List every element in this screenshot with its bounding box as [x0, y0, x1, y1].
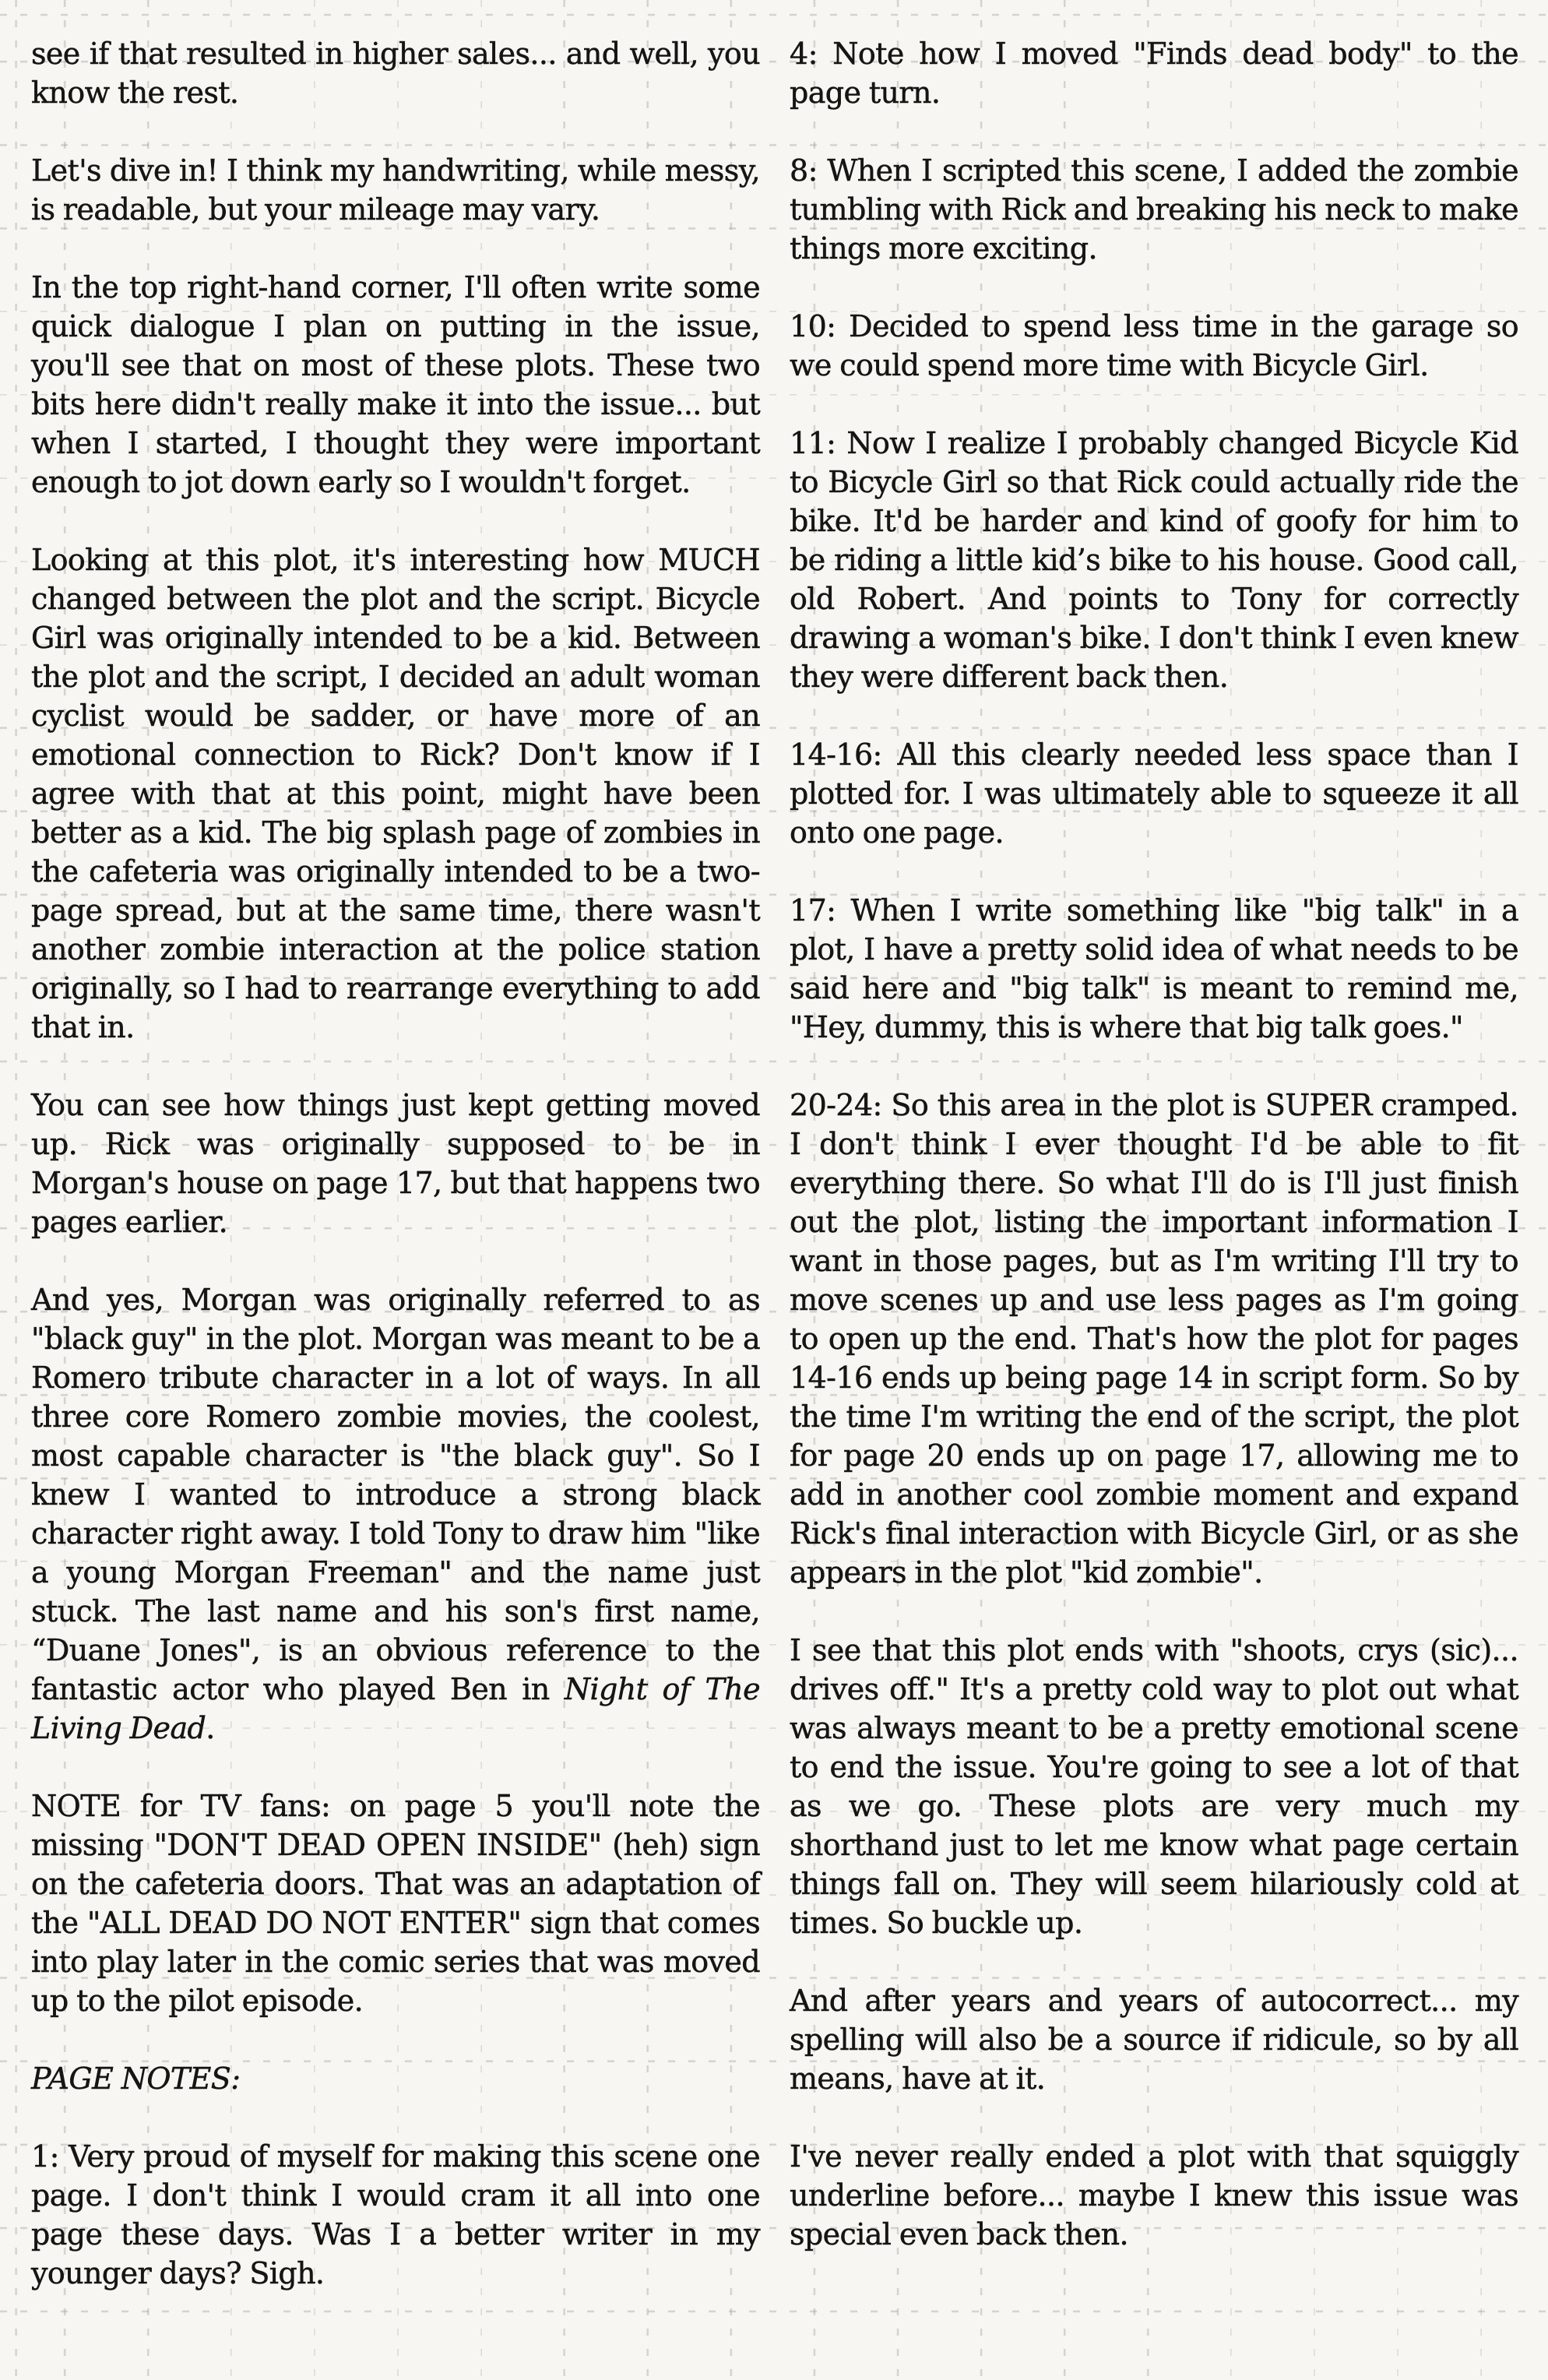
- paragraph: You can see how things just kept getting…: [31, 1086, 760, 1241]
- paragraph: see if that resulted in higher sales... …: [31, 34, 760, 112]
- paragraph: PAGE NOTES:: [31, 2059, 760, 2098]
- text-segment: 14-16: All this clearly needed less spac…: [790, 738, 1518, 850]
- paragraph: 11: Now I realize I probably changed Bic…: [790, 424, 1518, 696]
- text-segment: .: [206, 1711, 214, 1745]
- paragraph: I see that this plot ends with "shoots, …: [790, 1631, 1518, 1942]
- paragraph: In the top right-hand corner, I'll often…: [31, 268, 760, 502]
- text-column-right: 4: Note how I moved "Finds dead body" to…: [790, 34, 1518, 2332]
- text-segment: I've never really ended a plot with that…: [790, 2139, 1518, 2251]
- text-segment: Let's dive in! I think my handwriting, w…: [31, 153, 760, 227]
- text-segment: 20-24: So this area in the plot is SUPER…: [790, 1088, 1518, 1590]
- text-segment: see if that resulted in higher sales... …: [31, 37, 760, 110]
- paragraph: 1: Very proud of myself for making this …: [31, 2137, 760, 2293]
- text-segment: 11: Now I realize I probably changed Bic…: [790, 426, 1518, 694]
- italic-text-segment: PAGE NOTES:: [31, 2061, 240, 2096]
- text-segment: 17: When I write something like "big tal…: [790, 893, 1518, 1044]
- text-segment: I see that this plot ends with "shoots, …: [790, 1633, 1518, 1940]
- paragraph: 17: When I write something like "big tal…: [790, 891, 1518, 1047]
- paragraph: 14-16: All this clearly needed less spac…: [790, 735, 1518, 852]
- text-segment: Looking at this plot, it's interesting h…: [31, 543, 760, 1044]
- paragraph: 10: Decided to spend less time in the ga…: [790, 307, 1518, 385]
- text-segment: 1: Very proud of myself for making this …: [31, 2139, 760, 2290]
- text-segment: 10: Decided to spend less time in the ga…: [790, 309, 1518, 382]
- paragraph: 4: Note how I moved "Finds dead body" to…: [790, 34, 1518, 112]
- paragraph: 8: When I scripted this scene, I added t…: [790, 151, 1518, 268]
- paragraph: I've never really ended a plot with that…: [790, 2137, 1518, 2254]
- text-segment: And after years and years of autocorrect…: [790, 1984, 1518, 2096]
- text-segment: And yes, Morgan was originally referred …: [31, 1283, 760, 1706]
- two-column-text-layout: see if that resulted in higher sales... …: [0, 0, 1548, 2332]
- page-background: see if that resulted in higher sales... …: [0, 0, 1548, 2380]
- paragraph: Looking at this plot, it's interesting h…: [31, 540, 760, 1047]
- paragraph: And after years and years of autocorrect…: [790, 1981, 1518, 2098]
- text-column-left: see if that resulted in higher sales... …: [31, 34, 760, 2332]
- text-segment: In the top right-hand corner, I'll often…: [31, 270, 760, 499]
- paragraph: 20-24: So this area in the plot is SUPER…: [790, 1086, 1518, 1592]
- text-segment: You can see how things just kept getting…: [31, 1088, 760, 1239]
- text-segment: 8: When I scripted this scene, I added t…: [790, 153, 1518, 266]
- paragraph: Let's dive in! I think my handwriting, w…: [31, 151, 760, 229]
- text-segment: 4: Note how I moved "Finds dead body" to…: [790, 37, 1518, 110]
- text-segment: NOTE for TV fans: on page 5 you'll note …: [31, 1789, 760, 2018]
- paragraph: NOTE for TV fans: on page 5 you'll note …: [31, 1787, 760, 2020]
- paragraph: And yes, Morgan was originally referred …: [31, 1280, 760, 1748]
